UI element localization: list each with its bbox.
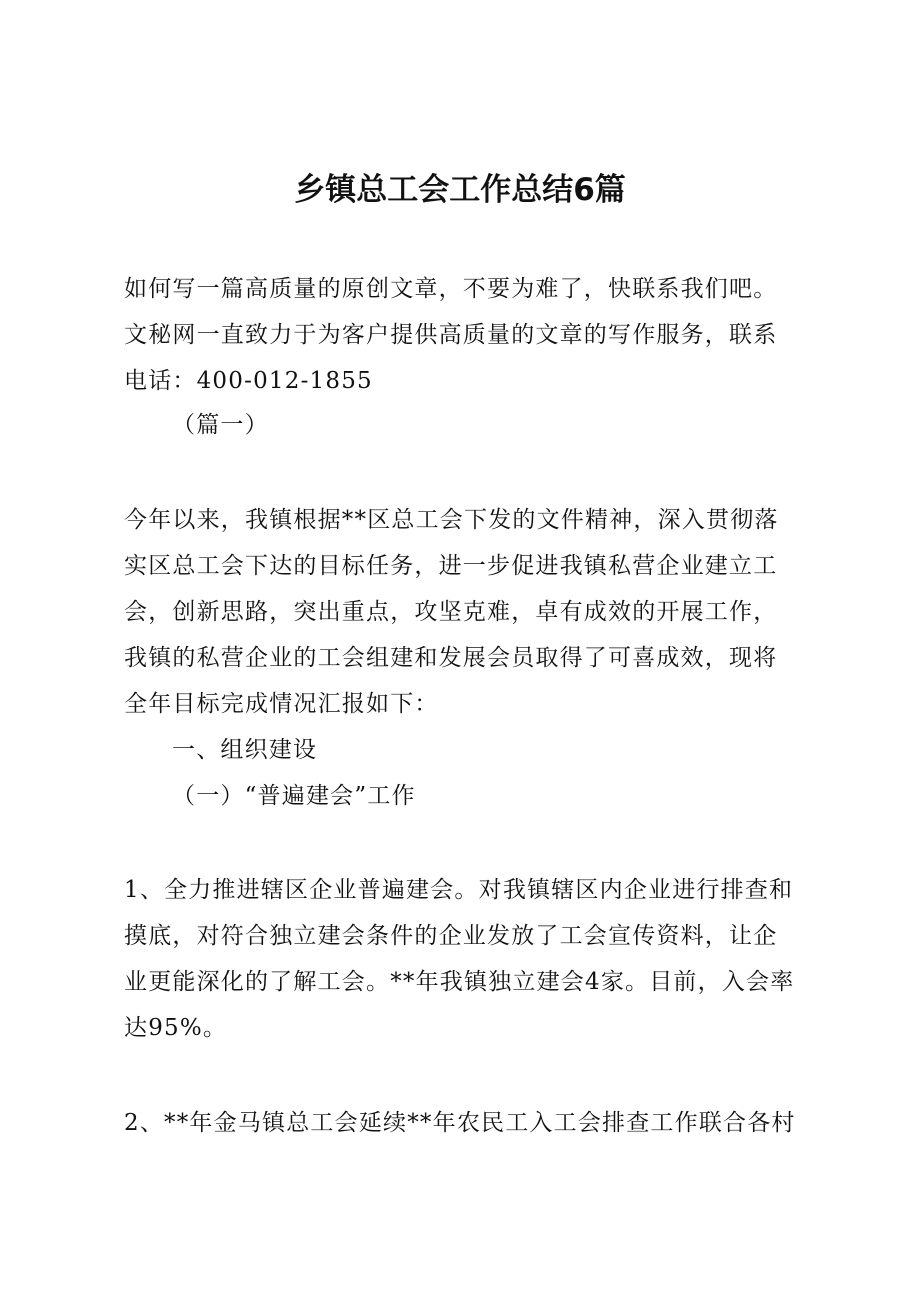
document-title: 乡镇总工会工作总结6篇	[0, 170, 920, 210]
intro-line-3: 电话：400-012-1855	[124, 366, 373, 396]
intro-line-1: 如何写一篇高质量的原创文章，不要为难了，快联系我们吧。	[124, 274, 777, 304]
paragraph-line-2: 实区总工会下达的目标任务，进一步促进我镇私营企业建立工	[124, 551, 777, 581]
section-heading: 一、组织建设	[172, 735, 317, 765]
item1-line-1: 1、全力推进辖区企业普遍建会。对我镇辖区内企业进行排查和	[124, 875, 793, 905]
item2-line-1: 2、**年金马镇总工会延续**年农民工入工会排查工作联合各村	[124, 1108, 796, 1138]
item1-line-3: 业更能深化的了解工会。**年我镇独立建会4家。目前，入会率	[124, 967, 794, 997]
paragraph-line-5: 全年目标完成情况汇报如下：	[124, 689, 439, 719]
item1-line-2: 摸底，对符合独立建会条件的企业发放了工会宣传资料，让企	[124, 921, 777, 951]
document-page: 乡镇总工会工作总结6篇 如何写一篇高质量的原创文章，不要为难了，快联系我们吧。 …	[0, 0, 920, 1302]
subsection-heading: （一）“普遍建会”工作	[172, 781, 416, 811]
item1-line-4: 达95%。	[124, 1013, 227, 1043]
paragraph-line-1: 今年以来，我镇根据**区总工会下发的文件精神，深入贯彻落	[124, 505, 779, 535]
part-label: （篇一）	[172, 410, 269, 440]
paragraph-line-3: 会，创新思路，突出重点，攻坚克难，卓有成效的开展工作，	[124, 597, 777, 627]
paragraph-line-4: 我镇的私营企业的工会组建和发展会员取得了可喜成效，现将	[124, 643, 777, 673]
intro-line-2: 文秘网一直致力于为客户提供高质量的文章的写作服务，联系	[124, 320, 777, 350]
